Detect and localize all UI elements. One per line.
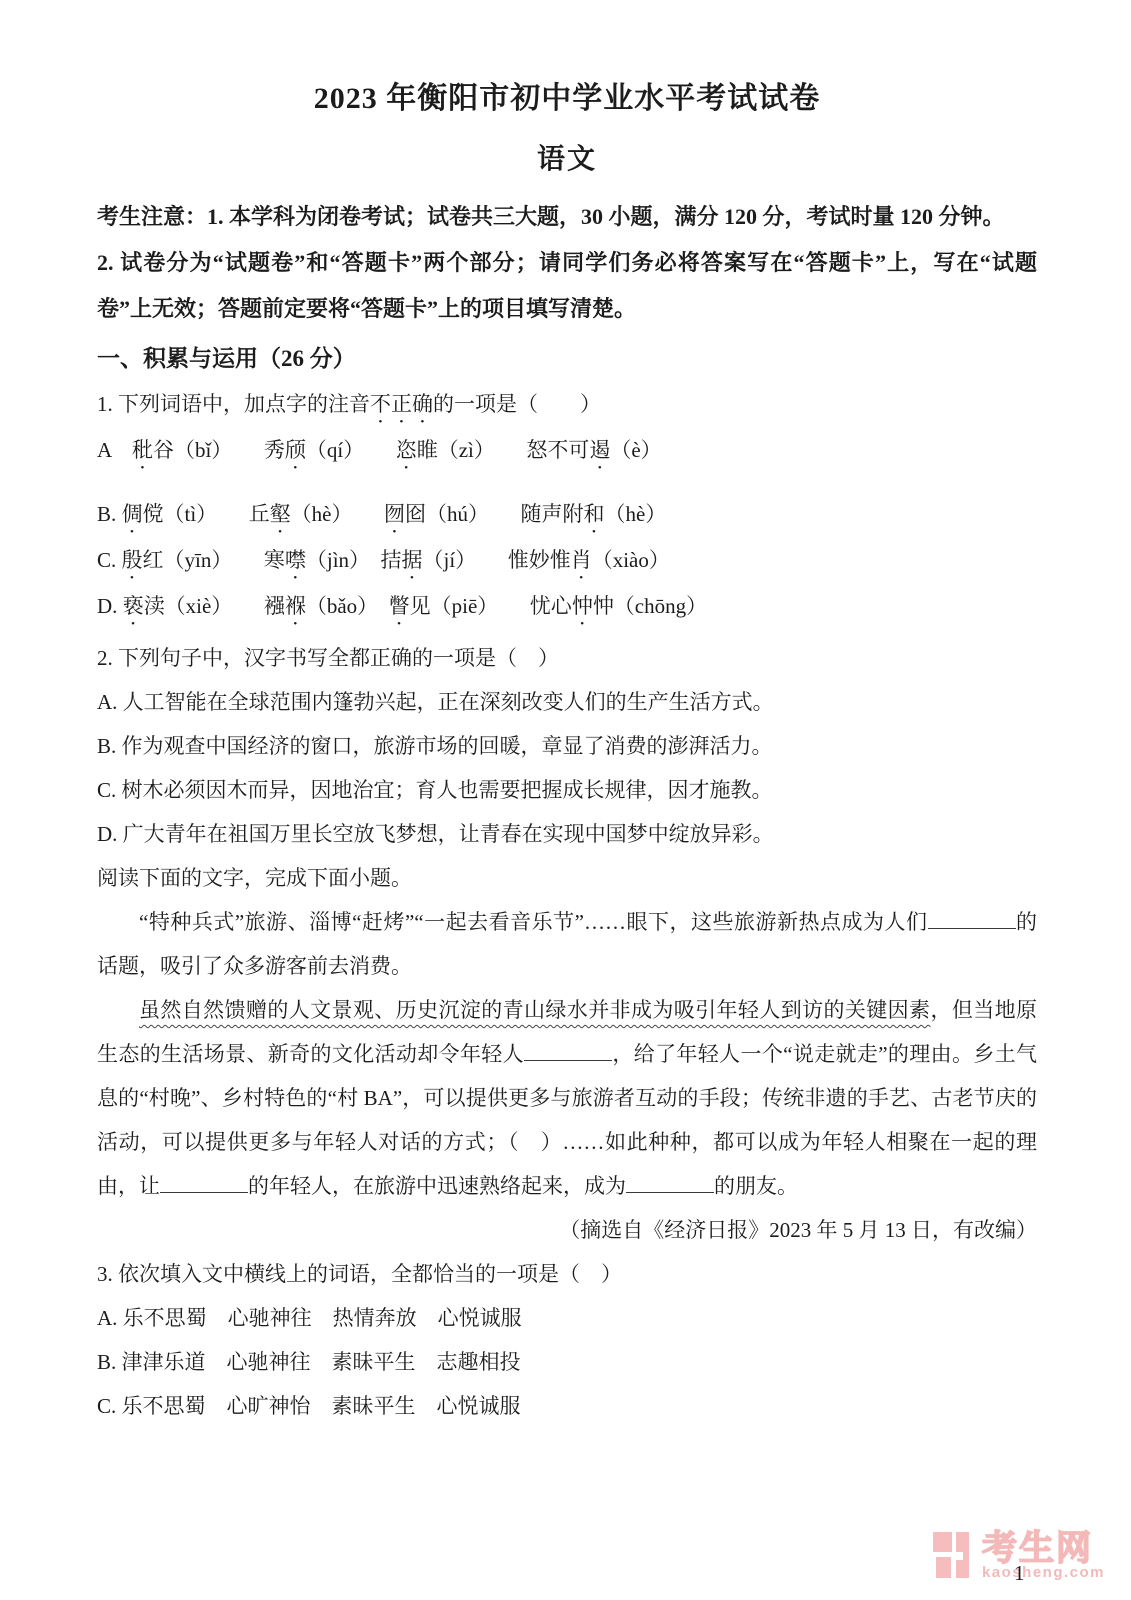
q1-option-d: D. 亵渎（xiè） 襁褓（bǎo） 瞥见（piē） 忧心忡忡（chōng） — [97, 584, 1037, 630]
passage-paragraph-1: “特种兵式”旅游、淄博“赶烤”“一起去看音乐节”……眼下，这些旅游新热点成为人们… — [97, 900, 1037, 988]
q1-stem: 1. 下列词语中，加点字的注音不正确的一项是（ ） — [97, 382, 1037, 428]
q1-option-c: C. 殷红（yīn） 寒噤（jìn） 拮据（jí） 惟妙惟肖（xiào） — [97, 538, 1037, 584]
passage-paragraph-2: 虽然自然馈赠的人文景观、历史沉淀的青山绿水并非成为吸引年轻人到访的关键因素，但当… — [97, 988, 1037, 1208]
q2-stem: 2. 下列句子中，汉字书写全都正确的一项是（ ） — [97, 636, 1037, 680]
kaosheng-logo-icon — [933, 1532, 969, 1578]
q3-option-a: A. 乐不思蜀 心驰神往 热情奔放 心悦诚服 — [97, 1296, 1037, 1340]
section-heading: 一、积累与运用（26 分） — [97, 336, 1037, 382]
page-number: 1 — [1014, 1560, 1025, 1586]
q3-option-c: C. 乐不思蜀 心旷神怡 素昧平生 心悦诚服 — [97, 1384, 1037, 1428]
q2-option-c: C. 树木必须因木而异，因地治宜；育人也需要把握成长规律，因才施教。 — [97, 768, 1037, 812]
q3-option-b: B. 津津乐道 心驰神往 素昧平生 志趣相投 — [97, 1340, 1037, 1384]
notice-line-2: 2. 试卷分为“试题卷”和“答题卡”两个部分；请同学们务必将答案写在“答题卡”上… — [97, 240, 1037, 332]
reading-instruction: 阅读下面的文字，完成下面小题。 — [97, 856, 1037, 900]
exam-paper-page: 2023 年衡阳市初中学业水平考试试卷 语文 考生注意：1. 本学科为闭卷考试；… — [0, 0, 1131, 1600]
subject-title: 语文 — [97, 142, 1037, 178]
notice-line-1: 考生注意：1. 本学科为闭卷考试；试卷共三大题，30 小题，满分 120 分，考… — [97, 194, 1037, 240]
watermark-text: 考生网 kaosheng.com — [982, 1532, 1105, 1580]
q2-option-d: D. 广大青年在祖国万里长空放飞梦想，让青春在实现中国梦中绽放异彩。 — [97, 812, 1037, 856]
q3-stem: 3. 依次填入文中横线上的词语，全都恰当的一项是（ ） — [97, 1252, 1037, 1296]
q1-option-b: B. 倜傥（tì） 丘壑（hè） 囫囵（hú） 随声附和（hè） — [97, 492, 1037, 538]
page-title: 2023 年衡阳市初中学业水平考试试卷 — [97, 80, 1037, 118]
q2-option-a: A. 人工智能在全球范围内篷勃兴起，正在深刻改变人们的生产生活方式。 — [97, 680, 1037, 724]
fill-in-blank-line — [928, 906, 1016, 929]
fill-in-blank-line — [524, 1038, 612, 1061]
q1-option-a: A 秕谷（bǐ） 秀颀（qí） 恣睢（zì） 怒不可遏（è） — [97, 428, 1037, 474]
watermark-domain: kaosheng.com — [982, 1565, 1105, 1580]
fill-in-blank-line — [626, 1170, 714, 1193]
passage-attribution: （摘选自《经济日报》2023 年 5 月 13 日，有改编） — [97, 1208, 1037, 1252]
fill-in-blank-line — [160, 1170, 248, 1193]
q2-option-b: B. 作为观查中国经济的窗口，旅游市场的回暖，章显了消费的澎湃活力。 — [97, 724, 1037, 768]
watermark-site-name: 考生网 — [982, 1532, 1105, 1565]
